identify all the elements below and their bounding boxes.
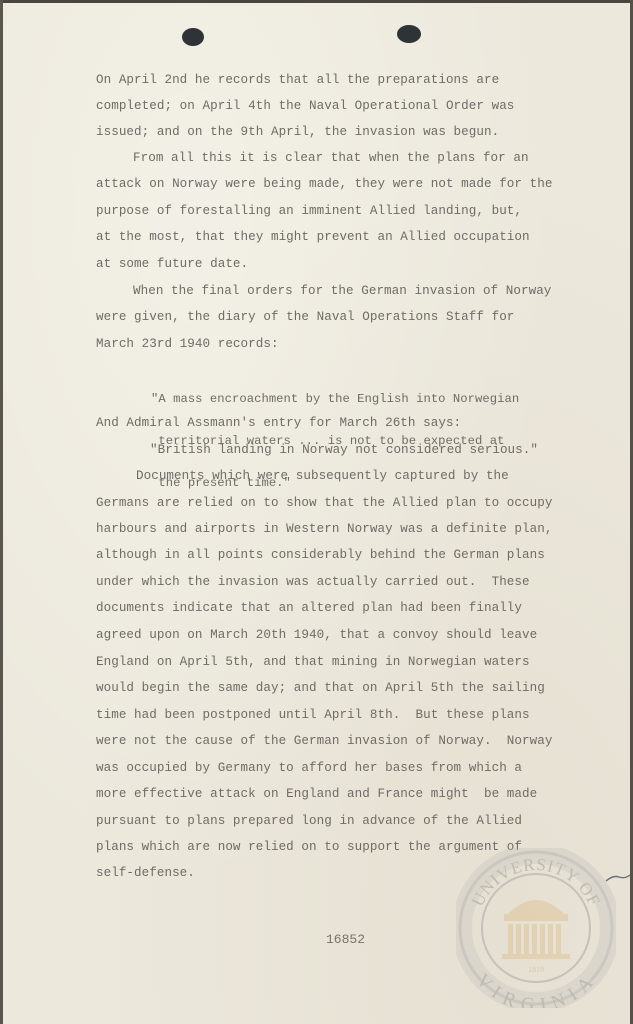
text-line: attack on Norway were being made, they w… bbox=[96, 177, 552, 191]
scan-edge-top bbox=[0, 0, 633, 3]
text-line: at some future date. bbox=[96, 257, 248, 271]
university-seal-icon: UNIVERSITY OF VIRGINIA 1819 bbox=[456, 848, 616, 1008]
seal-bottom-text: VIRGINIA bbox=[472, 970, 600, 1008]
text-line: documents indicate that an altered plan … bbox=[96, 601, 522, 615]
block-quote-line: "A mass encroachment by the English into… bbox=[151, 392, 519, 406]
seal-year: 1819 bbox=[528, 965, 544, 974]
text-line: purpose of forestalling an imminent Alli… bbox=[96, 204, 522, 218]
punch-hole-right-icon bbox=[397, 25, 421, 43]
text-line: were not the cause of the German invasio… bbox=[96, 734, 552, 748]
page-number: 16852 bbox=[326, 932, 365, 947]
text-line: although in all points considerably behi… bbox=[96, 548, 545, 562]
text-line: would begin the same day; and that on Ap… bbox=[96, 681, 545, 695]
svg-text:VIRGINIA: VIRGINIA bbox=[472, 970, 600, 1008]
block-quote-line: territorial waters ... is not to be expe… bbox=[151, 434, 519, 448]
text-line: harbours and airports in Western Norway … bbox=[96, 522, 552, 536]
text-line: England on April 5th, and that mining in… bbox=[96, 655, 530, 669]
text-line: completed; on April 4th the Naval Operat… bbox=[96, 99, 514, 113]
scan-edge-left bbox=[0, 0, 3, 1024]
text-line: pursuant to plans prepared long in advan… bbox=[96, 814, 522, 828]
text-line: From all this it is clear that when the … bbox=[133, 151, 529, 165]
text-line: March 23rd 1940 records: bbox=[96, 337, 279, 351]
punch-hole-left-icon bbox=[182, 28, 204, 46]
block-quote: "A mass encroachment by the English into… bbox=[151, 364, 519, 504]
text-line: at the most, that they might prevent an … bbox=[96, 230, 530, 244]
text-line: When the final orders for the German inv… bbox=[133, 284, 551, 298]
text-line: under which the invasion was actually ca… bbox=[96, 575, 530, 589]
text-line: time had been postponed until April 8th.… bbox=[96, 708, 530, 722]
text-line: more effective attack on England and Fra… bbox=[96, 787, 537, 801]
text-line: issued; and on the 9th April, the invasi… bbox=[96, 125, 499, 139]
text-line: were given, the diary of the Naval Opera… bbox=[96, 310, 514, 324]
text-line: self-defense. bbox=[96, 866, 195, 880]
text-line: was occupied by Germany to afford her ba… bbox=[96, 761, 522, 775]
text-line: On April 2nd he records that all the pre… bbox=[96, 73, 499, 87]
pencil-mark-icon bbox=[605, 873, 631, 883]
block-quote-line: the present time." bbox=[151, 476, 519, 490]
text-line: agreed upon on March 20th 1940, that a c… bbox=[96, 628, 537, 642]
